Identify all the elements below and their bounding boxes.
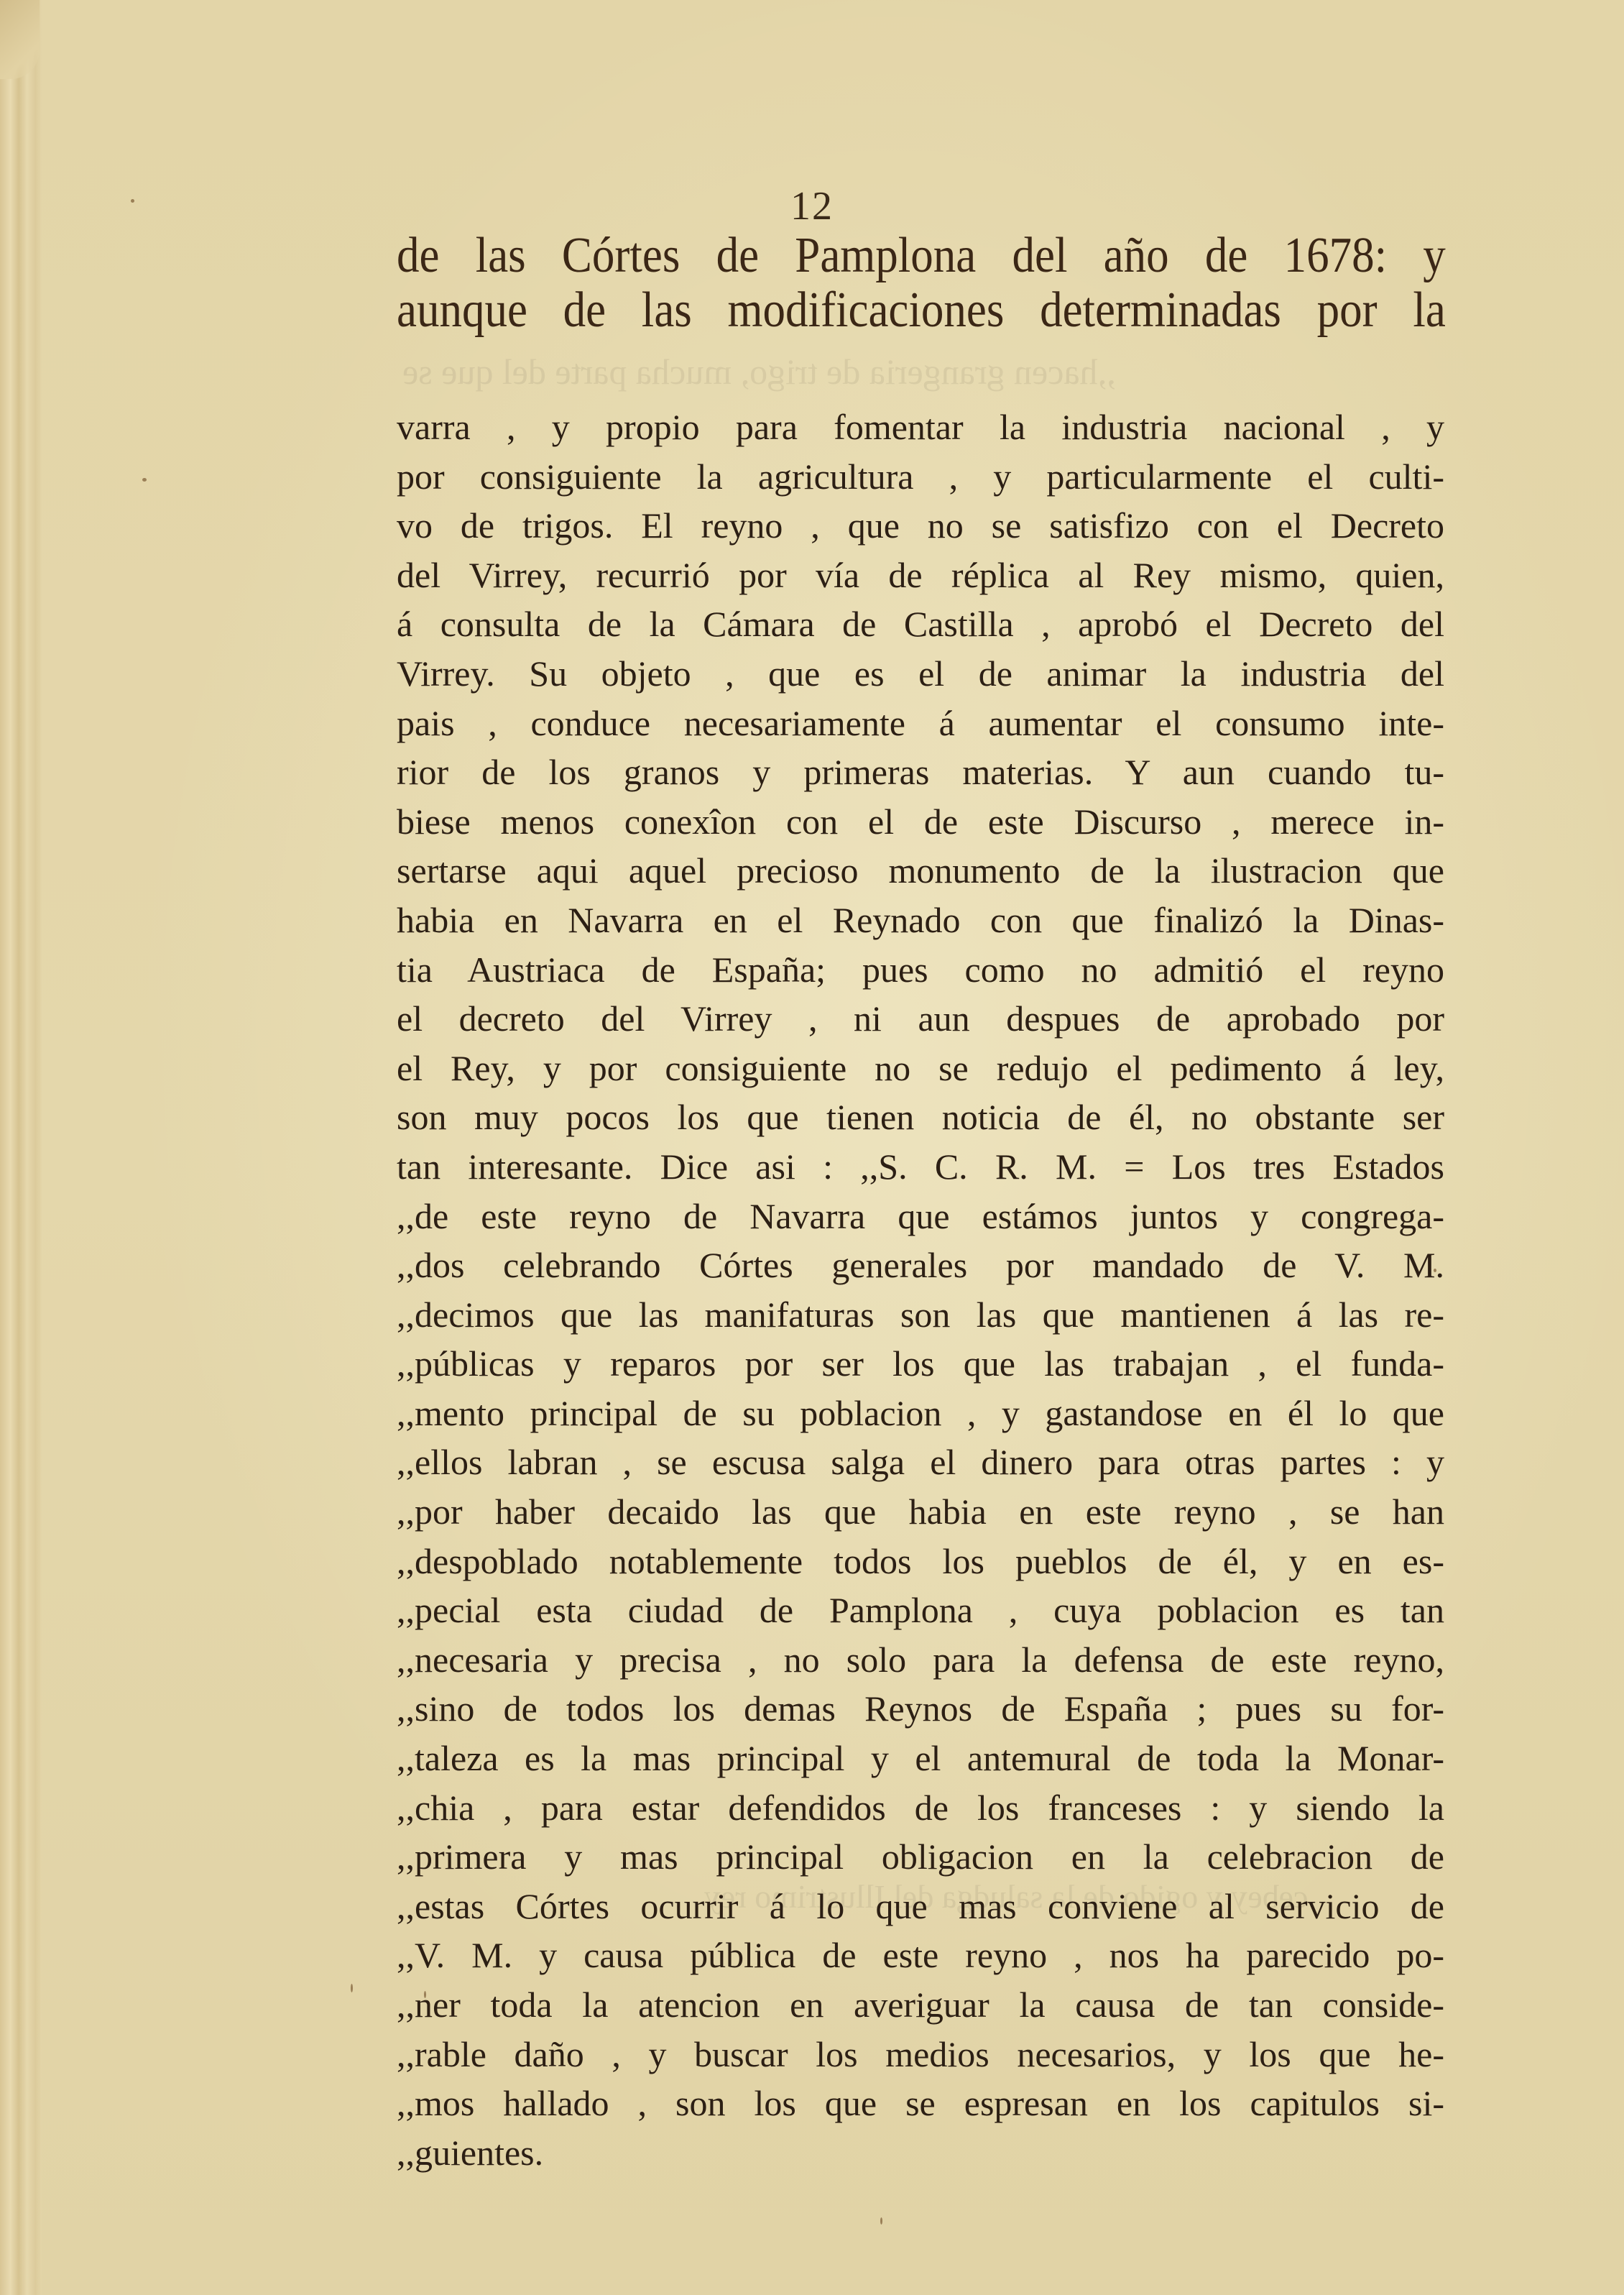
- quoted-text-line: ,,despoblado notablemente todos los pueb…: [397, 1537, 1444, 1586]
- text-line: pais , conduce necesariamente á aumentar…: [397, 699, 1444, 748]
- paper-speck: [131, 199, 134, 203]
- page-corner-shadow: [0, 0, 40, 79]
- body-text: varra , y propio para fomentar la indust…: [397, 403, 1444, 2177]
- text-line: vo de trigos. El reyno , que no se satis…: [397, 501, 1444, 551]
- quoted-text-line: ,,de este reyno de Navarra que estámos j…: [397, 1192, 1444, 1241]
- quoted-text-line: ,,mos hallado , son los que se espresan …: [397, 2079, 1444, 2128]
- text-line: biese menos conexîon con el de este Disc…: [397, 797, 1444, 847]
- text-line: habia en Navarra en el Reynado con que f…: [397, 896, 1444, 945]
- quoted-text-line: ,,sino de todos los demas Reynos de Espa…: [397, 1684, 1444, 1734]
- bleed-through-top: ,,hacen grangeria de trigo, mucha parte …: [402, 351, 1116, 392]
- quoted-text-line: ,,chia , para estar defendidos de los fr…: [397, 1783, 1444, 1833]
- heading-line: aunque de las modificaciones determinada…: [397, 283, 1446, 338]
- book-page: ,,hacen grangeria de trigo, mucha parte …: [0, 0, 1624, 2295]
- quoted-text-line: ,,ner toda la atencion en averiguar la c…: [397, 1980, 1444, 2030]
- text-line: rior de los granos y primeras materias. …: [397, 748, 1444, 797]
- quoted-text-line: ,,V. M. y causa pública de este reyno , …: [397, 1931, 1444, 1980]
- quoted-text-line: ,,pecial esta ciudad de Pamplona , cuya …: [397, 1586, 1444, 1635]
- text-line: el decreto del Virrey , ni aun despues d…: [397, 994, 1444, 1044]
- quoted-text-line: ,,necesaria y precisa , no solo para la …: [397, 1635, 1444, 1685]
- quoted-text-line: ,,taleza es la mas principal y el antemu…: [397, 1734, 1444, 1783]
- text-line: del Virrey, recurrió por vía de réplica …: [397, 551, 1444, 600]
- quoted-text-line: ,,por haber decaido las que habia en est…: [397, 1487, 1444, 1537]
- quoted-text-line: ,,ellos labran , se escusa salga el dine…: [397, 1438, 1444, 1487]
- quoted-text-line: ,,decimos que las manifaturas son las qu…: [397, 1290, 1444, 1340]
- paper-speck: [880, 2217, 882, 2225]
- text-line: son muy pocos los que tienen noticia de …: [397, 1093, 1444, 1142]
- text-line: tan interesante. Dice asi : ,,S. C. R. M…: [397, 1142, 1444, 1192]
- quoted-text-line: ,,primera y mas principal obligacion en …: [397, 1832, 1444, 1882]
- page-number: 12: [0, 183, 1624, 229]
- quoted-text-line: ,,estas Córtes ocurrir á lo que mas conv…: [397, 1882, 1444, 1931]
- text-line: sertarse aqui aquel precioso monumento d…: [397, 846, 1444, 896]
- quoted-text-line: ,,mento principal de su poblacion , y ga…: [397, 1389, 1444, 1438]
- paper-speck: [424, 1991, 426, 1998]
- paper-speck: [142, 478, 147, 482]
- quoted-text-line: ,,dos celebrando Córtes generales por ma…: [397, 1241, 1444, 1290]
- text-line: á consulta de la Cámara de Castilla , ap…: [397, 599, 1444, 649]
- text-line: Virrey. Su objeto , que es el de animar …: [397, 649, 1444, 699]
- quoted-text-line: ,,rable daño , y buscar los medios neces…: [397, 2030, 1444, 2079]
- text-line: tia Austriaca de España; pues como no ad…: [397, 945, 1444, 995]
- book-spine-gutter: [0, 0, 42, 2295]
- quoted-text-line: ,,guientes.: [397, 2128, 1444, 2178]
- heading-block: de las Córtes de Pamplona del año de 167…: [397, 229, 1446, 338]
- paper-speck: [351, 1984, 353, 1992]
- text-line: varra , y propio para fomentar la indust…: [397, 403, 1444, 452]
- paper-speck: [1434, 1269, 1436, 1272]
- quoted-text-line: ,,públicas y reparos por ser los que las…: [397, 1339, 1444, 1389]
- text-line: por consiguiente la agricultura , y part…: [397, 452, 1444, 502]
- heading-line: de las Córtes de Pamplona del año de 167…: [397, 229, 1446, 283]
- text-line: el Rey, y por consiguiente no se redujo …: [397, 1044, 1444, 1093]
